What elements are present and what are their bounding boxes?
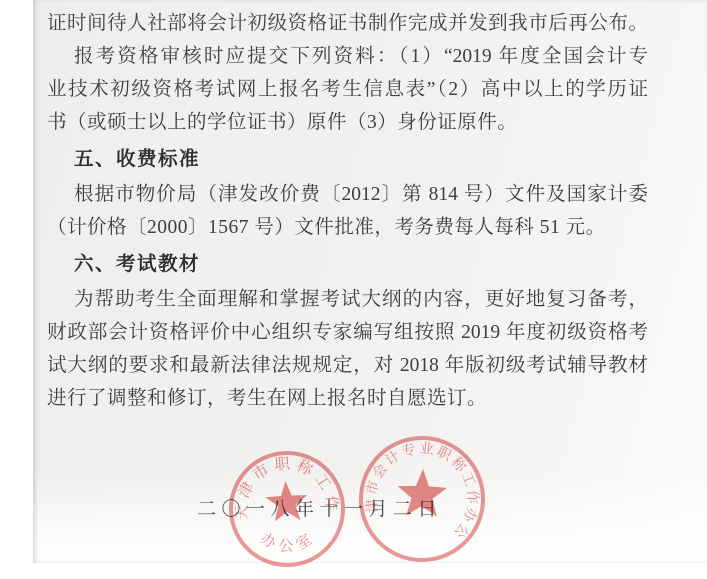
doc-line: 试大纲的要求和最新法律法规规定，对 2018 年版初级考试辅导教材	[47, 349, 648, 382]
official-seal-left: 天津市职称工作 办公室	[220, 442, 355, 577]
official-seal-right: 天津市会计专业职称工作办公室	[352, 429, 493, 570]
doc-line: 为帮助考生全面理解和掌握考试大纲的内容，更好地复习备考，	[47, 283, 648, 316]
doc-line: 根据市物价局（津发改价费〔2012〕第 814 号）文件及国家计委	[47, 178, 648, 211]
doc-line: 业技术初级资格考试网上报名考生信息表”（2）高中以上的学历证	[47, 73, 648, 106]
doc-line: 书（或硕士以上的学位证书）原件（3）身份证原件。	[47, 106, 648, 139]
doc-line: 财政部会计资格评价中心组织专家编写组按照 2019 年度初级资格考	[47, 316, 648, 349]
star-icon	[265, 480, 309, 522]
doc-line: 进行了调整和修订，考生在网上报名时自愿选订。	[47, 382, 648, 415]
section-heading-materials: 六、考试教材	[47, 248, 648, 281]
star-icon	[397, 468, 448, 517]
doc-line: 证时间待人社部将会计初级资格证书制作完成并发到我市后再公布。	[47, 7, 648, 40]
section-heading-fees: 五、收费标准	[47, 143, 648, 176]
doc-line: 报考资格审核时应提交下列资料：（1）“2019 年度全国会计专	[47, 40, 648, 73]
doc-line: （计价格〔2000〕1567 号）文件批准，考务费每人每科 51 元。	[47, 211, 648, 244]
seal-bottom-text: 办公室	[257, 527, 321, 556]
document-body: 证时间待人社部将会计初级资格证书制作完成并发到我市后再公布。 报考资格审核时应提…	[47, 7, 648, 415]
